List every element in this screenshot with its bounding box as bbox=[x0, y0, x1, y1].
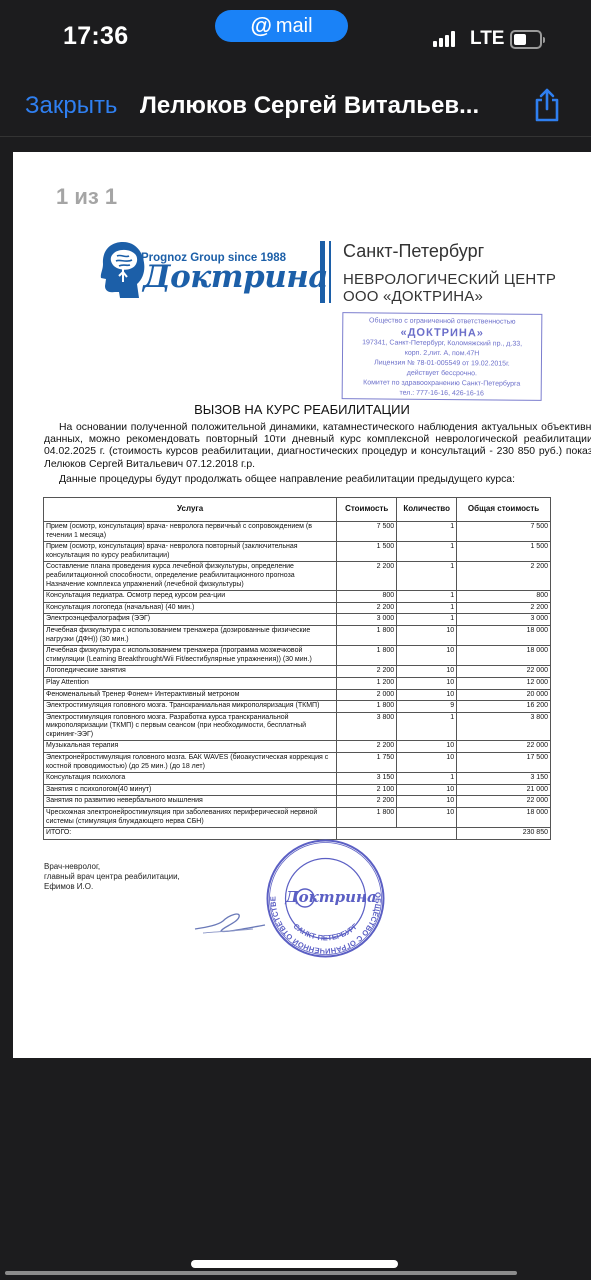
price-cell: 2 100 bbox=[337, 784, 397, 796]
qty-cell: 10 bbox=[397, 677, 457, 689]
total-cell: 3 000 bbox=[457, 614, 551, 626]
intro-paragraph: На основании полученной положительной ди… bbox=[44, 422, 591, 471]
service-cell: Чрескожная электронейростимуляция при за… bbox=[44, 808, 337, 828]
price-cell: 1 800 bbox=[337, 646, 397, 666]
price-cell: 3 800 bbox=[337, 712, 397, 741]
total-cell: 2 200 bbox=[457, 602, 551, 614]
table-row: Чрескожная электронейростимуляция при за… bbox=[44, 808, 551, 828]
table-row: Лечебная физкультура с использованием тр… bbox=[44, 625, 551, 645]
nav-bar: Закрыть Лелюков Сергей Витальев... bbox=[0, 75, 591, 137]
service-cell: Электростимуляция головного мозга. Разра… bbox=[44, 712, 337, 741]
price-cell: 2 200 bbox=[337, 796, 397, 808]
header-qty: Количество bbox=[397, 498, 457, 522]
signal-icon bbox=[433, 31, 455, 47]
service-cell: Лечебная физкультура с использованием тр… bbox=[44, 646, 337, 666]
rectangular-stamp: Общество с ограниченной ответственностью… bbox=[342, 312, 543, 401]
total-cell: 7 500 bbox=[457, 522, 551, 542]
total-cell: 12 000 bbox=[457, 677, 551, 689]
price-cell: 3 000 bbox=[337, 614, 397, 626]
total-cell: 2 200 bbox=[457, 562, 551, 591]
service-cell: Музыкальная терапия bbox=[44, 741, 337, 753]
table-row: Электростимуляция головного мозга. Разра… bbox=[44, 712, 551, 741]
price-cell: 1 750 bbox=[337, 753, 397, 773]
qty-cell: 10 bbox=[397, 753, 457, 773]
qty-cell: 10 bbox=[397, 689, 457, 701]
total-cell: 16 200 bbox=[457, 701, 551, 713]
header-total: Общая стоимость bbox=[457, 498, 551, 522]
header-center-name: НЕВРОЛОГИЧЕСКИЙ ЦЕНТР ООО «ДОКТРИНА» bbox=[343, 271, 556, 305]
table-row: Play Attention1 2001012 000 bbox=[44, 677, 551, 689]
app-pill-mail[interactable]: @ mail bbox=[215, 10, 348, 42]
table-row: Занятия по развитию невербального мышлен… bbox=[44, 796, 551, 808]
at-icon: @ bbox=[250, 13, 271, 39]
service-cell: Электронейростимуляция головного мозга. … bbox=[44, 753, 337, 773]
total-cell: 20 000 bbox=[457, 689, 551, 701]
price-cell: 3 150 bbox=[337, 773, 397, 785]
qty-cell: 1 bbox=[397, 562, 457, 591]
header-city: Санкт-Петербург bbox=[343, 241, 484, 262]
table-row: Консультация психолога3 15013 150 bbox=[44, 773, 551, 785]
price-cell: 1 800 bbox=[337, 808, 397, 828]
service-cell: Консультация логопеда (начальная) (40 ми… bbox=[44, 602, 337, 614]
total-cell: 22 000 bbox=[457, 666, 551, 678]
total-cell: 3 150 bbox=[457, 773, 551, 785]
service-cell: Феноменальный Тренер Фонем+ Интерактивны… bbox=[44, 689, 337, 701]
qty-cell: 1 bbox=[397, 614, 457, 626]
status-bar: 17:36 @ mail LTE bbox=[0, 0, 591, 75]
service-cell: Прием (осмотр, консультация) врача- невр… bbox=[44, 522, 337, 542]
qty-cell: 9 bbox=[397, 701, 457, 713]
qty-cell: 10 bbox=[397, 796, 457, 808]
share-button[interactable] bbox=[532, 87, 562, 123]
total-cell: 3 800 bbox=[457, 712, 551, 741]
table-row: Консультация педиатра. Осмотр перед курс… bbox=[44, 591, 551, 603]
qty-cell: 1 bbox=[397, 591, 457, 603]
qty-cell: 10 bbox=[397, 808, 457, 828]
service-cell: Электростимуляция головного мозга. Транс… bbox=[44, 701, 337, 713]
table-header-row: Услуга Стоимость Количество Общая стоимо… bbox=[44, 498, 551, 522]
total-cell: 18 000 bbox=[457, 625, 551, 645]
table-row: Логопедические занятия2 2001022 000 bbox=[44, 666, 551, 678]
table-row: Электростимуляция головного мозга. Транс… bbox=[44, 701, 551, 713]
qty-cell: 10 bbox=[397, 784, 457, 796]
total-cell: 800 bbox=[457, 591, 551, 603]
price-cell: 1 500 bbox=[337, 542, 397, 562]
service-cell: Консультация психолога bbox=[44, 773, 337, 785]
svg-text:САНКТ-ПЕТЕРБУРГ: САНКТ-ПЕТЕРБУРГ bbox=[292, 921, 360, 942]
qty-cell: 1 bbox=[397, 773, 457, 785]
doktrina-logo: Prognoz Group since 1988 Доктрина bbox=[99, 238, 294, 298]
qty-cell: 10 bbox=[397, 741, 457, 753]
service-cell: Консультация педиатра. Осмотр перед курс… bbox=[44, 591, 337, 603]
document-heading: ВЫЗОВ НА КУРС РЕАБИЛИТАЦИИ bbox=[13, 402, 591, 417]
service-cell: Занятия с психологом(40 минут) bbox=[44, 784, 337, 796]
total-cell: 1 500 bbox=[457, 542, 551, 562]
page-indicator: 1 из 1 bbox=[56, 184, 117, 210]
service-cell: Занятия по развитию невербального мышлен… bbox=[44, 796, 337, 808]
document-title: Лелюков Сергей Витальев... bbox=[140, 92, 479, 120]
service-cell: Электроэнцефалография (ЭЭГ) bbox=[44, 614, 337, 626]
home-indicator[interactable] bbox=[191, 1260, 398, 1268]
total-cell: 18 000 bbox=[457, 646, 551, 666]
battery-icon bbox=[510, 30, 542, 49]
header-price: Стоимость bbox=[337, 498, 397, 522]
table-row: Электроэнцефалография (ЭЭГ)3 00013 000 bbox=[44, 614, 551, 626]
price-cell: 1 200 bbox=[337, 677, 397, 689]
qty-cell: 1 bbox=[397, 712, 457, 741]
qty-cell: 1 bbox=[397, 602, 457, 614]
table-row: Прием (осмотр, консультация) врача- невр… bbox=[44, 542, 551, 562]
round-stamp-icon: ОБЩЕСТВО С ОГРАНИЧЕННОЙ ОТВЕТСТВЕННОСТЬЮ… bbox=[263, 836, 388, 961]
horizontal-scrollbar[interactable] bbox=[5, 1271, 517, 1275]
signature-icon bbox=[193, 907, 273, 937]
price-cell: 2 200 bbox=[337, 602, 397, 614]
total-cell: 22 000 bbox=[457, 796, 551, 808]
close-button[interactable]: Закрыть bbox=[25, 92, 117, 120]
total-cell: 21 000 bbox=[457, 784, 551, 796]
table-row: Составление плана проведения курса лечеб… bbox=[44, 562, 551, 591]
service-cell: Прием (осмотр, консультация) врача- невр… bbox=[44, 542, 337, 562]
table-row: Феноменальный Тренер Фонем+ Интерактивны… bbox=[44, 689, 551, 701]
qty-cell: 1 bbox=[397, 542, 457, 562]
price-cell: 2 200 bbox=[337, 666, 397, 678]
document-page[interactable]: 1 из 1 Prognoz Group since 1988 Доктрина… bbox=[13, 152, 591, 1058]
service-cell: Логопедические занятия bbox=[44, 666, 337, 678]
share-icon bbox=[532, 87, 562, 123]
price-cell: 2 000 bbox=[337, 689, 397, 701]
clock: 17:36 bbox=[63, 22, 128, 51]
header-divider bbox=[320, 241, 325, 303]
header-service: Услуга bbox=[44, 498, 337, 522]
total-cell: 18 000 bbox=[457, 808, 551, 828]
service-cell: Play Attention bbox=[44, 677, 337, 689]
table-row: Электронейростимуляция головного мозга. … bbox=[44, 753, 551, 773]
total-cell: 17 500 bbox=[457, 753, 551, 773]
header-divider-thin bbox=[329, 241, 331, 303]
price-cell: 7 500 bbox=[337, 522, 397, 542]
price-cell: 2 200 bbox=[337, 562, 397, 591]
qty-cell: 1 bbox=[397, 522, 457, 542]
price-cell: 1 800 bbox=[337, 625, 397, 645]
table-row: Занятия с психологом(40 минут)2 1001021 … bbox=[44, 784, 551, 796]
logo-brand: Доктрина bbox=[143, 259, 328, 295]
qty-cell: 10 bbox=[397, 666, 457, 678]
price-cell: 800 bbox=[337, 591, 397, 603]
total-value: 230 850 bbox=[457, 828, 551, 840]
service-cell: Составление плана проведения курса лечеб… bbox=[44, 562, 337, 591]
qty-cell: 10 bbox=[397, 625, 457, 645]
svg-text:Доктрина: Доктрина bbox=[284, 888, 376, 906]
table-row: Музыкальная терапия2 2001022 000 bbox=[44, 741, 551, 753]
intro-paragraph-2: Данные процедуры будут продолжать общее … bbox=[59, 474, 515, 485]
app-pill-label: mail bbox=[276, 15, 313, 38]
services-table: Услуга Стоимость Количество Общая стоимо… bbox=[43, 497, 551, 840]
table-row: Консультация логопеда (начальная) (40 ми… bbox=[44, 602, 551, 614]
network-type: LTE bbox=[470, 28, 504, 50]
qty-cell: 10 bbox=[397, 646, 457, 666]
signer-block: Врач-невролог, главный врач центра реаби… bbox=[44, 862, 180, 892]
total-cell: 22 000 bbox=[457, 741, 551, 753]
price-cell: 2 200 bbox=[337, 741, 397, 753]
brain-head-icon bbox=[99, 238, 147, 298]
table-row: Прием (осмотр, консультация) врача- невр… bbox=[44, 522, 551, 542]
table-row: Лечебная физкультура с использованием тр… bbox=[44, 646, 551, 666]
service-cell: Лечебная физкультура с использованием тр… bbox=[44, 625, 337, 645]
price-cell: 1 800 bbox=[337, 701, 397, 713]
